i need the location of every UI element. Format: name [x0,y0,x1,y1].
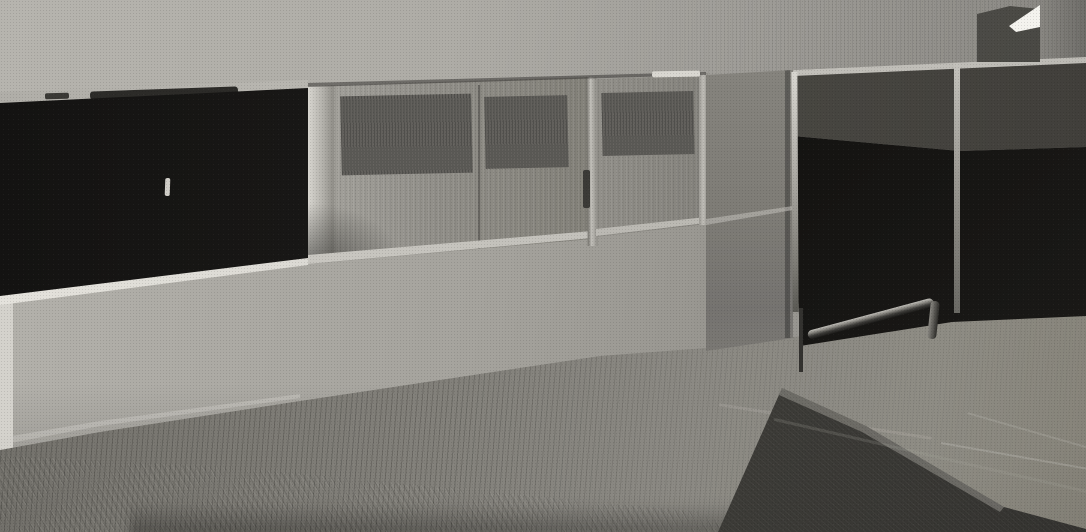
frame-post-left [791,72,798,312]
ledge-shadow-strip-1 [45,93,69,100]
door-divider [478,85,480,257]
top-rail-highlight [652,71,700,78]
cane-panel-3 [601,91,694,156]
cabinet-leg [799,308,803,372]
cabinet-handle [165,178,171,196]
cane-panel-2 [484,95,568,169]
brushed-door-edge [308,81,334,264]
photo-stage [0,0,1086,532]
frame-post-right [954,63,960,313]
door-latch [583,170,590,208]
cane-panel-1 [340,94,473,176]
wall-corner-shade [1035,0,1086,64]
floor-bottom-shadow [130,502,750,532]
metal-cabinet-b [596,73,706,239]
